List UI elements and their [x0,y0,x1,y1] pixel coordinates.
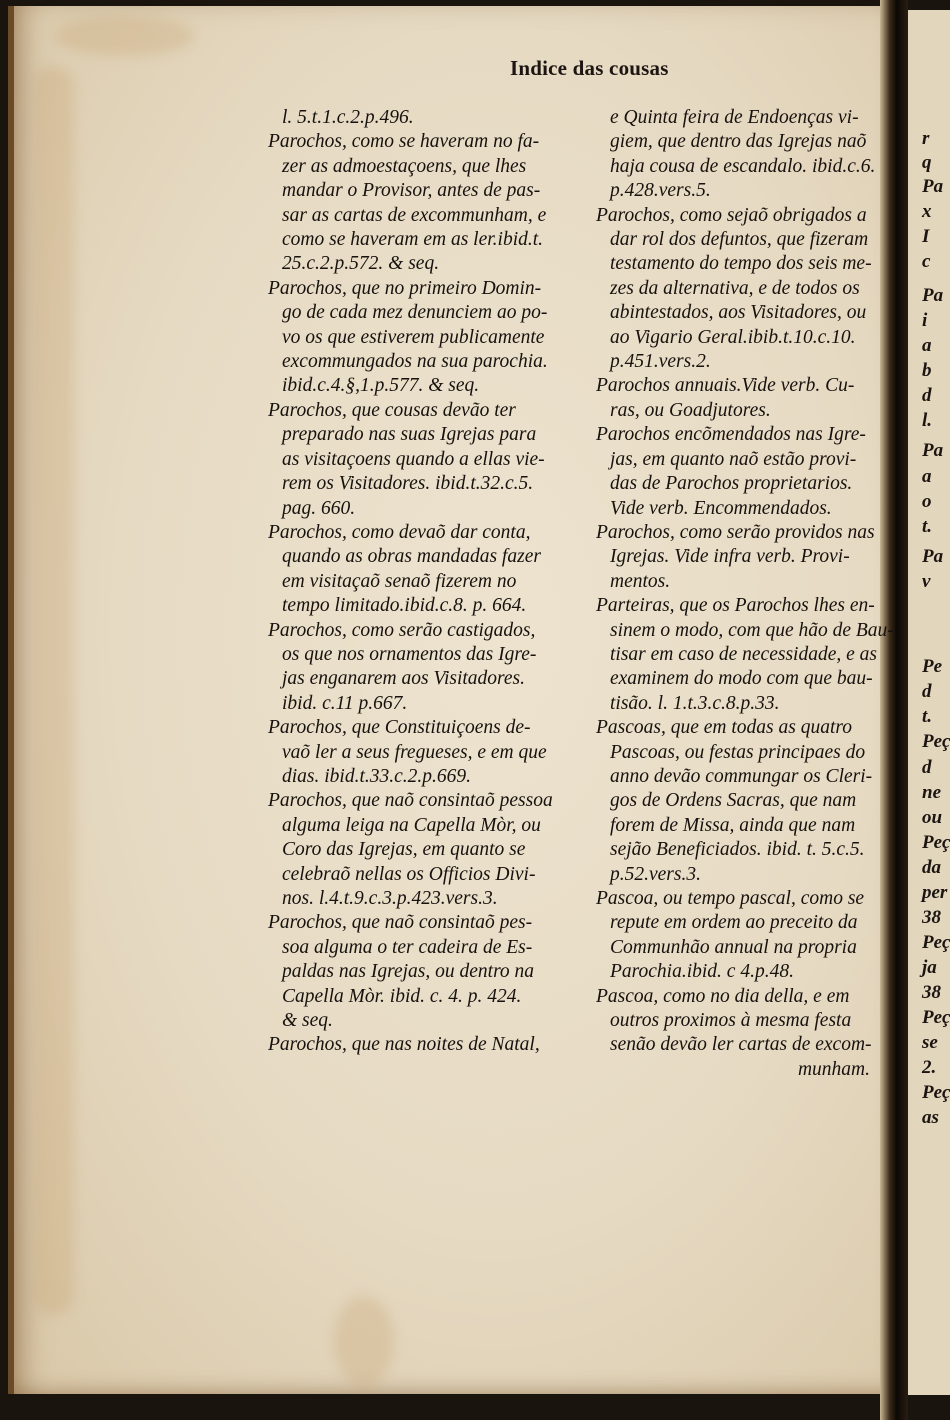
facing-page-text-fragment: ja [922,957,937,979]
index-entry-line: as visitaçoens quando a ellas vie- [268,448,580,472]
index-entry-line: vo os que estiverem publicamente [268,326,580,350]
index-entry-line: ibid. c.11 p.667. [268,692,580,716]
index-entry-line: Igrejas. Vide infra verb. Provi- [596,545,882,569]
index-entry-headline: Parochos, como serão castigados, [268,619,580,643]
facing-page-text-fragment: Pa [922,546,943,568]
index-entry-line: Parochia.ibid. c 4.p.48. [596,960,882,984]
index-entry-headline: Parteiras, que os Parochos lhes en- [596,594,882,618]
facing-page-text-fragment: Peç [922,832,950,854]
index-entry-line: l. 5.t.1.c.2.p.496. [268,106,580,130]
facing-page-text-fragment: i [922,310,927,332]
index-entry-line: jas, em quanto naõ estão provi- [596,448,882,472]
index-entry-line: e Quinta feira de Endoenças vi- [596,106,882,130]
facing-page-text-fragment: 38 [922,982,941,1004]
index-entry-line: como se haveram em as ler.ibid.t. [268,228,580,252]
index-entry: Pascoa, ou tempo pascal, como serepute e… [596,887,882,985]
index-entry: Parochos, que naõ consintaõ pessoaalguma… [268,789,580,911]
index-entry: Parochos, que Constituiçoens de-vaõ ler … [268,716,580,789]
facing-page-text-fragment: d [922,681,932,703]
index-entry: Parochos encõmendados nas Igre-jas, em q… [596,423,882,521]
facing-page-edge: rqPaxIcPaiabdl.Paaot.PavPedt.PeçdneouPeç… [908,10,950,1395]
index-entry-line: em visitaçaõ senaõ fizerem no [268,570,580,594]
index-entry: Parochos, como serão providos nasIgrejas… [596,521,882,594]
facing-page-text-fragment: 38 [922,907,941,929]
index-entry-headline: Parochos, que no primeiro Domin- [268,277,580,301]
index-entry: l. 5.t.1.c.2.p.496. [268,106,580,130]
index-entry: e Quinta feira de Endoenças vi-giem, que… [596,106,882,204]
index-entry-line: os que nos ornamentos das Igre- [268,643,580,667]
index-entry-line: nos. l.4.t.9.c.3.p.423.vers.3. [268,887,580,911]
index-entry-headline: Parochos encõmendados nas Igre- [596,423,882,447]
index-entry-line: pag. 660. [268,497,580,521]
index-entry-headline: Parochos, como se haveram no fa- [268,130,580,154]
facing-page-text-fragment: Pa [922,285,943,307]
index-entry-line: sar as cartas de excommunham, e [268,204,580,228]
index-entry: Parochos, como sejaõ obrigados adar rol … [596,204,882,375]
facing-page-text-fragment: da [922,857,941,879]
index-entry-line: mentos. [596,570,882,594]
facing-page-text-fragment: l. [922,410,932,432]
index-entry-headline: Parochos, que nas noites de Natal, [268,1033,580,1057]
facing-page-text-fragment: d [922,757,932,779]
facing-page-text-fragment: v [922,571,930,593]
facing-page-text-fragment: x [922,201,932,223]
index-entry-line: go de cada mez denunciem ao po- [268,301,580,325]
facing-page-text-fragment: per [922,882,947,904]
index-entry-line: sejão Beneficiados. ibid. t. 5.c.5. [596,838,882,862]
facing-page-text-fragment: r [922,128,929,150]
facing-page-text-fragment: Peç [922,1007,950,1029]
index-entry-line: testamento do tempo dos seis me- [596,252,882,276]
index-entry-headline: Parochos, como devaõ dar conta, [268,521,580,545]
index-entry: Pascoa, como no dia della, e emoutros pr… [596,985,882,1058]
index-entry: munham. [596,1058,882,1082]
facing-page-text-fragment: a [922,466,932,488]
index-entry-line: excommungados na sua parochia. [268,350,580,374]
index-entry-line: rem os Visitadores. ibid.t.32.c.5. [268,472,580,496]
index-entry-headline: Pascoa, ou tempo pascal, como se [596,887,882,911]
book-gutter [880,0,908,1420]
facing-page-text-fragment: b [922,360,932,382]
facing-page-text-fragment: ou [922,807,942,829]
index-entry: Parochos, como devaõ dar conta,quando as… [268,521,580,619]
facing-page-text-fragment: Peç [922,1082,950,1104]
index-entry-line: forem de Missa, ainda que nam [596,814,882,838]
water-stain [54,16,194,56]
facing-page-text-fragment: t. [922,706,932,728]
facing-page-text-fragment: o [922,491,932,513]
index-entry-line: alguma leiga na Capella Mòr, ou [268,814,580,838]
index-entry-line: & seq. [268,1009,580,1033]
index-entry-line: anno devão commungar os Cleri- [596,765,882,789]
facing-page-text-fragment: se [922,1032,938,1054]
index-entry-headline: Pascoa, como no dia della, e em [596,985,882,1009]
index-entry-line: quando as obras mandadas fazer [268,545,580,569]
index-column-right: e Quinta feira de Endoenças vi-giem, que… [596,106,882,1082]
edge-stain [34,66,74,1316]
index-entry-headline: Parochos, que cousas devão ter [268,399,580,423]
index-entry-line: celebraõ nellas os Officios Divi- [268,863,580,887]
index-entry-line: ao Vigario Geral.ibib.t.10.c.10. [596,326,882,350]
index-entry-line: tisão. l. 1.t.3.c.8.p.33. [596,692,882,716]
facing-page-text-fragment: 2. [922,1057,936,1079]
index-entry-line: soa alguma o ter cadeira de Es- [268,936,580,960]
index-entry-headline: Parochos, que naõ consintaõ pes- [268,911,580,935]
index-entry-line: repute em ordem ao preceito da [596,911,882,935]
facing-page-text-fragment: c [922,251,930,273]
index-entry-line: Vide verb. Encommendados. [596,497,882,521]
index-entry-headline: Parochos annuais.Vide verb. Cu- [596,374,882,398]
index-entry-line: vaõ ler a seus fregueses, e em que [268,741,580,765]
index-entry: Pascoas, que em todas as quatroPascoas, … [596,716,882,887]
facing-page-text-fragment: d [922,385,932,407]
index-entry: Parteiras, que os Parochos lhes en-sinem… [596,594,882,716]
index-entry-line: ras, ou Goadjutores. [596,399,882,423]
facing-page-text-fragment: t. [922,516,932,538]
index-entry: Parochos, que cousas devão terpreparado … [268,399,580,521]
index-entry-line: das de Parochos proprietarios. [596,472,882,496]
index-entry-line: dar rol dos defuntos, que fizeram [596,228,882,252]
index-entry-line: senão devão ler cartas de excom- [596,1033,882,1057]
index-entry-line: preparado nas suas Igrejas para [268,423,580,447]
index-entry-line: mandar o Provisor, antes de pas- [268,179,580,203]
facing-page-text-fragment: Pa [922,440,943,462]
index-entry-headline: Parochos, que naõ consintaõ pessoa [268,789,580,813]
index-entry-line: Pascoas, ou festas principaes do [596,741,882,765]
facing-page-text-fragment: I [922,226,929,248]
facing-page-text-fragment: as [922,1107,939,1129]
index-entry-line: outros proximos à mesma festa [596,1009,882,1033]
index-entry-line: giem, que dentro das Igrejas naõ [596,130,882,154]
index-entry-line: zer as admoestaçoens, que lhes [268,155,580,179]
facing-page-text-fragment: Peç [922,731,950,753]
facing-page-text-fragment: Pe [922,656,942,678]
index-entry-line: Coro das Igrejas, em quanto se [268,838,580,862]
index-entry-line: zes da alternativa, e de todos os [596,277,882,301]
index-entry-line: p.52.vers.3. [596,863,882,887]
index-entry-line: dias. ibid.t.33.c.2.p.669. [268,765,580,789]
index-entry: Parochos annuais.Vide verb. Cu-ras, ou G… [596,374,882,423]
index-entry-line: tempo limitado.ibid.c.8. p. 664. [268,594,580,618]
water-stain [334,1296,394,1386]
index-entry: Parochos, que naõ consintaõ pes-soa algu… [268,911,580,1033]
index-entry-line: paldas nas Igrejas, ou dentro na [268,960,580,984]
index-entry-line: Capella Mòr. ibid. c. 4. p. 424. [268,985,580,1009]
facing-page-text-fragment: a [922,335,932,357]
index-entry-line: Communhão annual na propria [596,936,882,960]
index-entry-headline: Parochos, que Constituiçoens de- [268,716,580,740]
index-entry-line: 25.c.2.p.572. & seq. [268,252,580,276]
index-entry-line: ibid.c.4.§,1.p.577. & seq. [268,374,580,398]
facing-page-text-fragment: Pa [922,176,943,198]
index-entry-line: haja cousa de escandalo. ibid.c.6. [596,155,882,179]
index-entry-line: abintestados, aos Visitadores, ou [596,301,882,325]
facing-page-text-fragment: ne [922,782,941,804]
index-entry: Parochos, que no primeiro Domin-go de ca… [268,277,580,399]
facing-page-text-fragment: Peç [922,932,950,954]
running-head: Indice das cousas [510,56,669,81]
index-entry: Parochos, como serão castigados,os que n… [268,619,580,717]
index-entry-headline: Parochos, como sejaõ obrigados a [596,204,882,228]
index-entry-line: examinem do modo com que bau- [596,667,882,691]
index-entry-headline: Parochos, como serão providos nas [596,521,882,545]
index-entry-headline: munham. [596,1058,882,1082]
index-entry: Parochos, que nas noites de Natal, [268,1033,580,1057]
index-entry-line: jas enganarem aos Visitadores. [268,667,580,691]
index-entry-line: tisar em caso de necessidade, e as [596,643,882,667]
index-entry-line: p.428.vers.5. [596,179,882,203]
index-column-left: l. 5.t.1.c.2.p.496.Parochos, como se hav… [268,106,580,1058]
index-entry: Parochos, como se haveram no fa-zer as a… [268,130,580,276]
index-entry-line: gos de Ordens Sacras, que nam [596,789,882,813]
index-entry-line: p.451.vers.2. [596,350,882,374]
index-entry-line: sinem o modo, com que hão de Bau- [596,619,882,643]
index-entry-headline: Pascoas, que em todas as quatro [596,716,882,740]
facing-page-text-fragment: q [922,152,932,174]
